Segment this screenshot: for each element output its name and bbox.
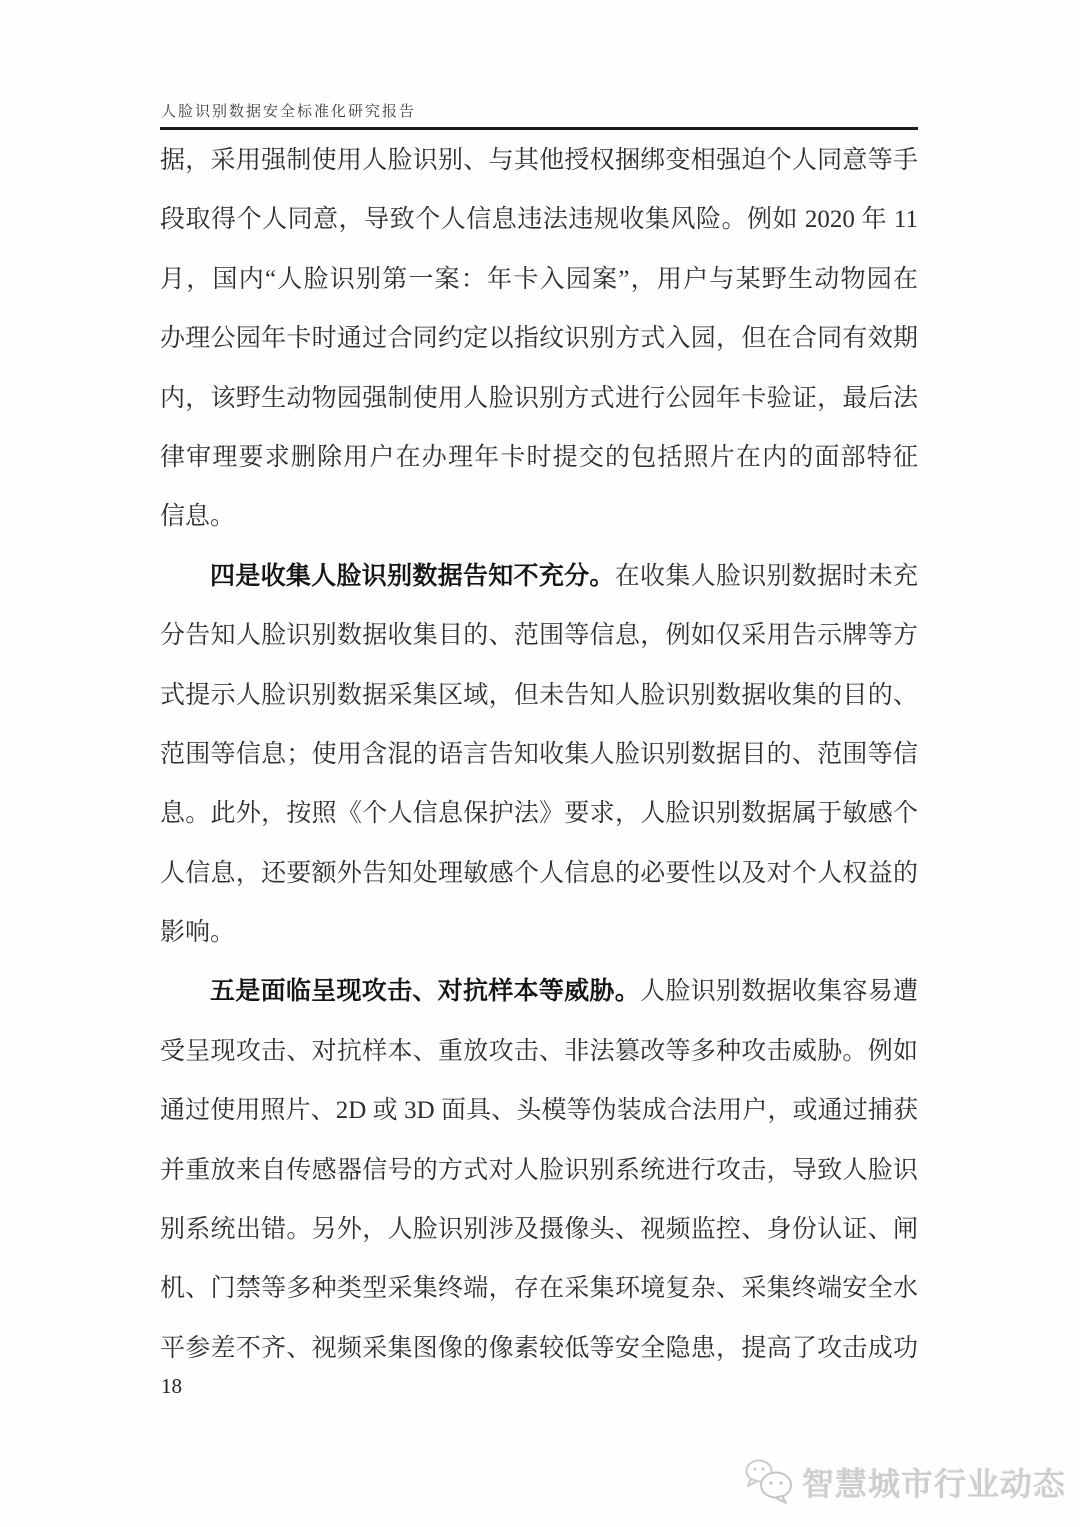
body-text: 据，采用强制使用人脸识别、与其他授权捆绑变相强迫个人同意等手段取得个人同意，导致… bbox=[160, 131, 918, 1378]
text-line: 段取得个人同意，导致个人信息违法违规收集风险。例如 2020 年 11 bbox=[160, 190, 918, 249]
body-segment: 人信息，还要额外告知处理敏感个人信息的必要性以及对个人权益的 bbox=[160, 860, 918, 887]
header-rule bbox=[160, 127, 918, 130]
body-segment: 分告知人脸识别数据收集目的、范围等信息，例如仅采用告示牌等方 bbox=[160, 622, 918, 649]
text-line: 平参差不齐、视频采集图像的像素较低等安全隐患，提高了攻击成功 bbox=[160, 1319, 918, 1378]
report-page: 人脸识别数据安全标准化研究报告 据，采用强制使用人脸识别、与其他授权捆绑变相强迫… bbox=[0, 0, 1080, 1527]
text-line: 内，该野生动物园强制使用人脸识别方式进行公园年卡验证，最后法 bbox=[160, 369, 918, 428]
watermark: 智慧城市行业动态 bbox=[744, 1457, 1066, 1507]
text-line: 并重放来自传感器信号的方式对人脸识别系统进行攻击，导致人脸识 bbox=[160, 1141, 918, 1200]
text-line: 据，采用强制使用人脸识别、与其他授权捆绑变相强迫个人同意等手 bbox=[160, 131, 918, 190]
body-segment: 别系统出错。另外，人脸识别涉及摄像头、视频监控、身份认证、闸 bbox=[160, 1216, 918, 1243]
text-line: 信息。 bbox=[160, 487, 918, 546]
body-segment: 在收集人脸识别数据时未充 bbox=[615, 563, 918, 590]
body-segment: 通过使用照片、2D 或 3D 面具、头模等伪装成合法用户，或通过捕获 bbox=[160, 1097, 918, 1124]
text-line: 五是面临呈现攻击、对抗样本等威胁。人脸识别数据收集容易遭 bbox=[160, 962, 918, 1021]
lead-text: 四是收集人脸识别数据告知不充分。 bbox=[210, 562, 615, 590]
body-segment: 范围等信息；使用含混的语言告知收集人脸识别数据目的、范围等信 bbox=[160, 741, 918, 768]
body-segment: 人脸识别数据收集容易遭 bbox=[640, 978, 918, 1005]
body-segment: 段取得个人同意，导致个人信息违法违规收集风险。例如 2020 年 11 bbox=[160, 206, 918, 233]
running-header: 人脸识别数据安全标准化研究报告 bbox=[161, 100, 416, 121]
body-segment: 并重放来自传感器信号的方式对人脸识别系统进行攻击，导致人脸识 bbox=[160, 1157, 918, 1184]
body-segment: 影响。 bbox=[160, 919, 235, 946]
body-segment: 律审理要求删除用户在办理年卡时提交的包括照片在内的面部特征 bbox=[160, 444, 918, 471]
text-line: 别系统出错。另外，人脸识别涉及摄像头、视频监控、身份认证、闸 bbox=[160, 1200, 918, 1259]
text-line: 四是收集人脸识别数据告知不充分。在收集人脸识别数据时未充 bbox=[160, 547, 918, 606]
text-line: 人信息，还要额外告知处理敏感个人信息的必要性以及对个人权益的 bbox=[160, 844, 918, 903]
text-line: 受呈现攻击、对抗样本、重放攻击、非法篡改等多种攻击威胁。例如 bbox=[160, 1022, 918, 1081]
lead-text: 五是面临呈现攻击、对抗样本等威胁。 bbox=[210, 977, 640, 1005]
body-segment: 式提示人脸识别数据采集区域，但未告知人脸识别数据收集的目的、 bbox=[160, 682, 918, 709]
body-segment: 办理公园年卡时通过合同约定以指纹识别方式入园，但在合同有效期 bbox=[160, 325, 918, 352]
text-line: 范围等信息；使用含混的语言告知收集人脸识别数据目的、范围等信 bbox=[160, 725, 918, 784]
body-segment: 平参差不齐、视频采集图像的像素较低等安全隐患，提高了攻击成功 bbox=[160, 1335, 918, 1362]
body-segment: 受呈现攻击、对抗样本、重放攻击、非法篡改等多种攻击威胁。例如 bbox=[160, 1038, 918, 1065]
body-segment: 月，国内“人脸识别第一案：年卡入园案”，用户与某野生动物园在 bbox=[160, 266, 918, 293]
text-line: 息。此外，按照《个人信息保护法》要求，人脸识别数据属于敏感个 bbox=[160, 784, 918, 843]
text-line: 律审理要求删除用户在办理年卡时提交的包括照片在内的面部特征 bbox=[160, 428, 918, 487]
text-line: 机、门禁等多种类型采集终端，存在采集环境复杂、采集终端安全水 bbox=[160, 1259, 918, 1318]
text-line: 月，国内“人脸识别第一案：年卡入园案”，用户与某野生动物园在 bbox=[160, 250, 918, 309]
text-line: 式提示人脸识别数据采集区域，但未告知人脸识别数据收集的目的、 bbox=[160, 666, 918, 725]
text-line: 办理公园年卡时通过合同约定以指纹识别方式入园，但在合同有效期 bbox=[160, 309, 918, 368]
body-segment: 息。此外，按照《个人信息保护法》要求，人脸识别数据属于敏感个 bbox=[160, 800, 918, 827]
body-segment: 据，采用强制使用人脸识别、与其他授权捆绑变相强迫个人同意等手 bbox=[160, 147, 918, 174]
body-segment: 内，该野生动物园强制使用人脸识别方式进行公园年卡验证，最后法 bbox=[160, 385, 918, 412]
watermark-label: 智慧城市行业动态 bbox=[802, 1459, 1066, 1505]
body-segment: 信息。 bbox=[160, 503, 235, 530]
body-segment: 机、门禁等多种类型采集终端，存在采集环境复杂、采集终端安全水 bbox=[160, 1275, 918, 1302]
text-line: 分告知人脸识别数据收集目的、范围等信息，例如仅采用告示牌等方 bbox=[160, 606, 918, 665]
text-line: 影响。 bbox=[160, 903, 918, 962]
text-line: 通过使用照片、2D 或 3D 面具、头模等伪装成合法用户，或通过捕获 bbox=[160, 1081, 918, 1140]
wechat-chat-bubbles-icon bbox=[744, 1457, 796, 1507]
page-number: 18 bbox=[161, 1372, 182, 1400]
